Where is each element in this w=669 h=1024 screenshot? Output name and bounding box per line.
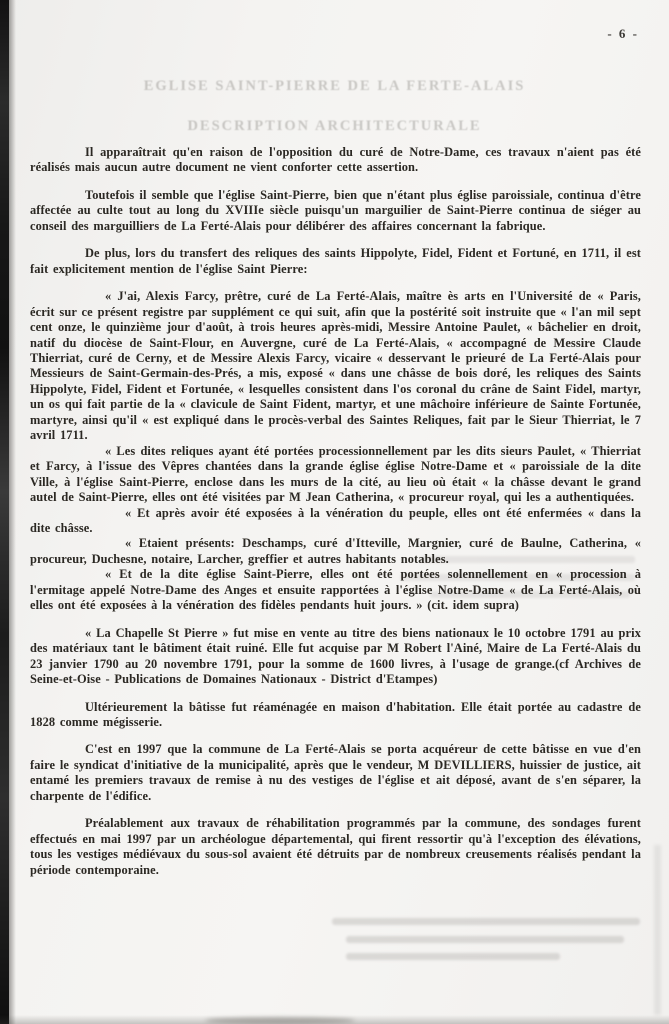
paragraph-toutefois-culte: Toutefois il semble que l'église Saint-P… bbox=[30, 188, 641, 234]
paragraph-cadastre-1828: Ultérieurement la bâtisse fut réaménagée… bbox=[30, 700, 641, 731]
paragraph-transfert-reliques: De plus, lors du transfert des reliques … bbox=[30, 246, 641, 277]
paragraph-vente-1791: « La Chapelle St Pierre » fut mise en ve… bbox=[30, 626, 641, 688]
body-text: Il apparaîtrait qu'en raison de l'opposi… bbox=[30, 145, 641, 878]
paragraph-citation-ermitage: « Et de la dite église Saint-Pierre, ell… bbox=[30, 567, 641, 613]
scanned-document-page: - 6 - EGLISE SAINT-PIERRE DE LA FERTE-AL… bbox=[0, 0, 669, 1024]
paragraph-citation-farcy: « J'ai, Alexis Farcy, prêtre, curé de La… bbox=[30, 289, 641, 444]
scan-edge-left bbox=[0, 0, 9, 1024]
scan-smudge bbox=[205, 1017, 355, 1024]
paragraph-commune-1997: C'est en 1997 que la commune de La Ferté… bbox=[30, 742, 641, 804]
bleed-through-smudge bbox=[346, 953, 560, 960]
paragraph-opposition-cure: Il apparaîtrait qu'en raison de l'opposi… bbox=[30, 145, 641, 176]
scan-edge-left-shadow bbox=[9, 0, 16, 1024]
scan-right-band bbox=[654, 845, 661, 1015]
page-number: - 6 - bbox=[607, 26, 639, 42]
paragraph-citation-presents: « Etaient présents: Deschamps, curé d'It… bbox=[30, 536, 641, 567]
bleed-through-title-line1: EGLISE SAINT-PIERRE DE LA FERTE-ALAIS bbox=[0, 78, 669, 95]
paragraph-citation-veneration: « Et après avoir été exposées à la vénér… bbox=[30, 506, 641, 537]
paragraph-sondages-1997: Préalablement aux travaux de réhabilitat… bbox=[30, 816, 641, 878]
bleed-through-smudge bbox=[346, 936, 624, 943]
bleed-through-smudge bbox=[332, 918, 640, 925]
paragraph-citation-procession: « Les dites reliques ayant été portées p… bbox=[30, 444, 641, 506]
bleed-through-title-line2: DESCRIPTION ARCHITECTURALE bbox=[0, 118, 669, 135]
